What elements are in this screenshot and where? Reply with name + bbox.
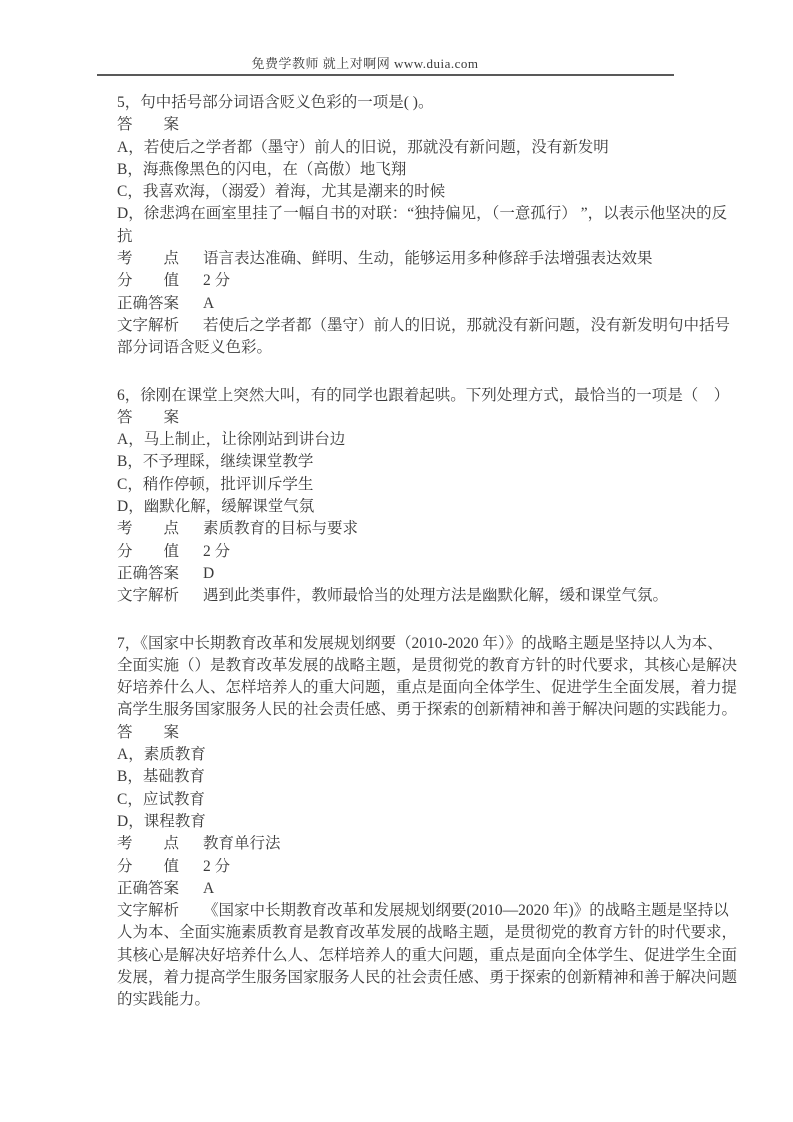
- exam-point-row: 考 点素质教育的目标与要求: [117, 518, 757, 540]
- correct-answer-value: D: [203, 565, 214, 582]
- explanation-line-2: 人为本、全面实施素质教育是教育改革发展的战略主题，是贯彻党的教育方针的时代要求，: [117, 922, 757, 944]
- answer-label: 答 案: [117, 722, 179, 744]
- exam-point-value: 素质教育的目标与要求: [203, 520, 358, 537]
- explanation-line-4: 发展，着力提高学生服务国家服务人民的社会责任感、勇于探索的创新精神和善于解决问题: [117, 967, 757, 989]
- question-stem-line-1: 7，《国家中长期教育改革和发展规划纲要（2010-2020 年）》的战略主题是坚…: [117, 633, 757, 655]
- correct-answer-row: 正确答案A: [117, 293, 757, 315]
- question-stem-line: 5，句中括号部分词语含贬义色彩的一项是( )。: [117, 92, 757, 114]
- option-c: C，我喜欢海，（溺爱）着海，尤其是潮来的时候: [117, 181, 757, 203]
- correct-answer-label: 正确答案: [117, 293, 179, 315]
- question-5: 5，句中括号部分词语含贬义色彩的一项是( )。 答 案 A，若使后之学者都（墨守…: [117, 92, 757, 360]
- score-row: 分 值2 分: [117, 856, 757, 878]
- answer-label: 答 案: [117, 407, 179, 429]
- option-d: D，课程教育: [117, 811, 757, 833]
- exam-point-label: 考 点: [117, 518, 179, 540]
- explanation-row: 文字解析若使后之学者都（墨守）前人的旧说，那就没有新问题，没有新发明句中括号: [117, 315, 757, 337]
- question-stem-line-3: 好培养什么人、怎样培养人的重大问题，重点是面向全体学生、促进学生全面发展，着力提: [117, 677, 757, 699]
- option-d: D，幽默化解，缓解课堂气氛: [117, 496, 757, 518]
- explanation-label: 文字解析: [117, 315, 179, 337]
- score-label: 分 值: [117, 541, 179, 563]
- explanation-line-1: 遇到此类事件，教师最恰当的处理方法是幽默化解，缓和课堂气氛。: [203, 587, 668, 604]
- answer-label-row: 答 案: [117, 722, 757, 744]
- exam-point-row: 考 点教育单行法: [117, 833, 757, 855]
- answer-label-row: 答 案: [117, 407, 757, 429]
- question-7: 7，《国家中长期教育改革和发展规划纲要（2010-2020 年）》的战略主题是坚…: [117, 633, 757, 1012]
- correct-answer-row: 正确答案A: [117, 878, 757, 900]
- question-stem-line-4: 高学生服务国家服务人民的社会责任感、勇于探索的创新精神和善于解决问题的实践能力。: [117, 699, 757, 721]
- explanation-row: 文字解析《国家中长期教育改革和发展规划纲要(2010—2020 年)》的战略主题…: [117, 900, 757, 922]
- explanation-line-2: 部分词语含贬义色彩。: [117, 337, 757, 359]
- question-stem-line-2: 全面实施（）是教育改革发展的战略主题，是贯彻党的教育方针的时代要求，其核心是解决: [117, 655, 757, 677]
- score-value: 2 分: [203, 272, 230, 289]
- header-divider-rule: [97, 74, 674, 76]
- option-d-line-1: D，徐悲鸿在画室里挂了一幅自书的对联：“独持偏见，（一意孤行） ”，以表示他坚决…: [117, 203, 757, 225]
- option-b: B，不予理睬，继续课堂教学: [117, 451, 757, 473]
- explanation-line-3: 其核心是解决好培养什么人、怎样培养人的重大问题，重点是面向全体学生、促进学生全面: [117, 945, 757, 967]
- explanation-line-1: 《国家中长期教育改革和发展规划纲要(2010—2020 年)》的战略主题是坚持以: [203, 902, 729, 919]
- answer-label: 答 案: [117, 114, 179, 136]
- correct-answer-value: A: [203, 295, 214, 312]
- answer-label-row: 答 案: [117, 114, 757, 136]
- correct-answer-label: 正确答案: [117, 878, 179, 900]
- exam-point-value: 教育单行法: [203, 835, 281, 852]
- exam-point-value: 语言表达准确、鲜明、生动，能够运用多种修辞手法增强表达效果: [203, 250, 653, 267]
- exam-point-row: 考 点语言表达准确、鲜明、生动，能够运用多种修辞手法增强表达效果: [117, 248, 757, 270]
- page-header-site-line: 免费学教师 就上对啊网 www.duia.com: [0, 53, 730, 72]
- score-value: 2 分: [203, 543, 230, 560]
- score-label: 分 值: [117, 856, 179, 878]
- option-b: B，海燕像黑色的闪电，在（高傲）地飞翔: [117, 159, 757, 181]
- document-body: 5，句中括号部分词语含贬义色彩的一项是( )。 答 案 A，若使后之学者都（墨守…: [117, 92, 757, 1012]
- score-row: 分 值2 分: [117, 541, 757, 563]
- exam-point-label: 考 点: [117, 833, 179, 855]
- question-6: 6，徐刚在课堂上突然大叫，有的同学也跟着起哄。下列处理方式，最恰当的一项是（ ）…: [117, 385, 757, 608]
- score-value: 2 分: [203, 858, 230, 875]
- correct-answer-row: 正确答案D: [117, 563, 757, 585]
- option-a: A，若使后之学者都（墨守）前人的旧说，那就没有新问题，没有新发明: [117, 137, 757, 159]
- exam-point-label: 考 点: [117, 248, 179, 270]
- explanation-row: 文字解析遇到此类事件，教师最恰当的处理方法是幽默化解，缓和课堂气氛。: [117, 585, 757, 607]
- question-stem-line: 6，徐刚在课堂上突然大叫，有的同学也跟着起哄。下列处理方式，最恰当的一项是（ ）: [117, 385, 757, 407]
- option-d-line-2: 抗: [117, 226, 757, 248]
- explanation-line-1: 若使后之学者都（墨守）前人的旧说，那就没有新问题，没有新发明句中括号: [203, 317, 730, 334]
- option-c: C，稍作停顿，批评训斥学生: [117, 474, 757, 496]
- option-a: A，素质教育: [117, 744, 757, 766]
- correct-answer-value: A: [203, 880, 214, 897]
- explanation-line-5: 的实践能力。: [117, 989, 757, 1011]
- explanation-label: 文字解析: [117, 585, 179, 607]
- option-b: B，基础教育: [117, 766, 757, 788]
- correct-answer-label: 正确答案: [117, 563, 179, 585]
- option-c: C，应试教育: [117, 789, 757, 811]
- score-row: 分 值2 分: [117, 270, 757, 292]
- score-label: 分 值: [117, 270, 179, 292]
- explanation-label: 文字解析: [117, 900, 179, 922]
- option-a: A，马上制止，让徐刚站到讲台边: [117, 429, 757, 451]
